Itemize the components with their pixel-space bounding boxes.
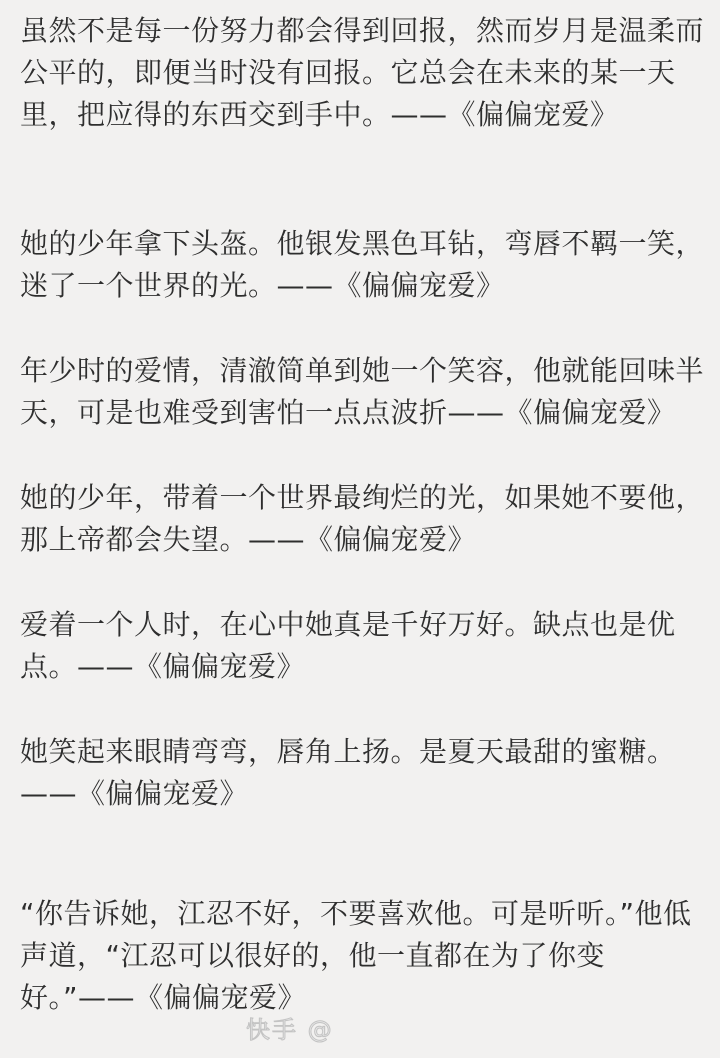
kuaishou-watermark: 快手 @ — [246, 1010, 334, 1045]
quote-paragraph-1: 虽然不是每一份努力都会得到回报，然而岁月是温柔而公平的，即便当时没有回报。它总会… — [20, 10, 704, 136]
quote-paragraph-7: “你告诉她，江忍不好，不要喜欢他。可是听听。”他低声道，“江忍可以很好的，他一直… — [20, 893, 704, 1019]
quote-paragraph-5: 爱着一个人时，在心中她真是千好万好。缺点也是优点。——《偏偏宠爱》 — [20, 604, 704, 688]
quote-paragraph-6: 她笑起来眼睛弯弯，唇角上扬。是夏天最甜的蜜糖。——《偏偏宠爱》 — [20, 731, 704, 815]
quote-paragraph-3: 年少时的爱情，清澈简单到她一个笑容，他就能回味半天，可是也难受到害怕一点点波折—… — [20, 350, 704, 434]
quote-paragraph-2: 她的少年拿下头盔。他银发黑色耳钻，弯唇不羁一笑，迷了一个世界的光。——《偏偏宠爱… — [20, 223, 704, 307]
quote-paragraph-4: 她的少年，带着一个世界最绚烂的光，如果她不要他，那上帝都会失望。——《偏偏宠爱》 — [20, 477, 704, 561]
quote-image-page: 虽然不是每一份努力都会得到回报，然而岁月是温柔而公平的，即便当时没有回报。它总会… — [0, 0, 720, 1058]
